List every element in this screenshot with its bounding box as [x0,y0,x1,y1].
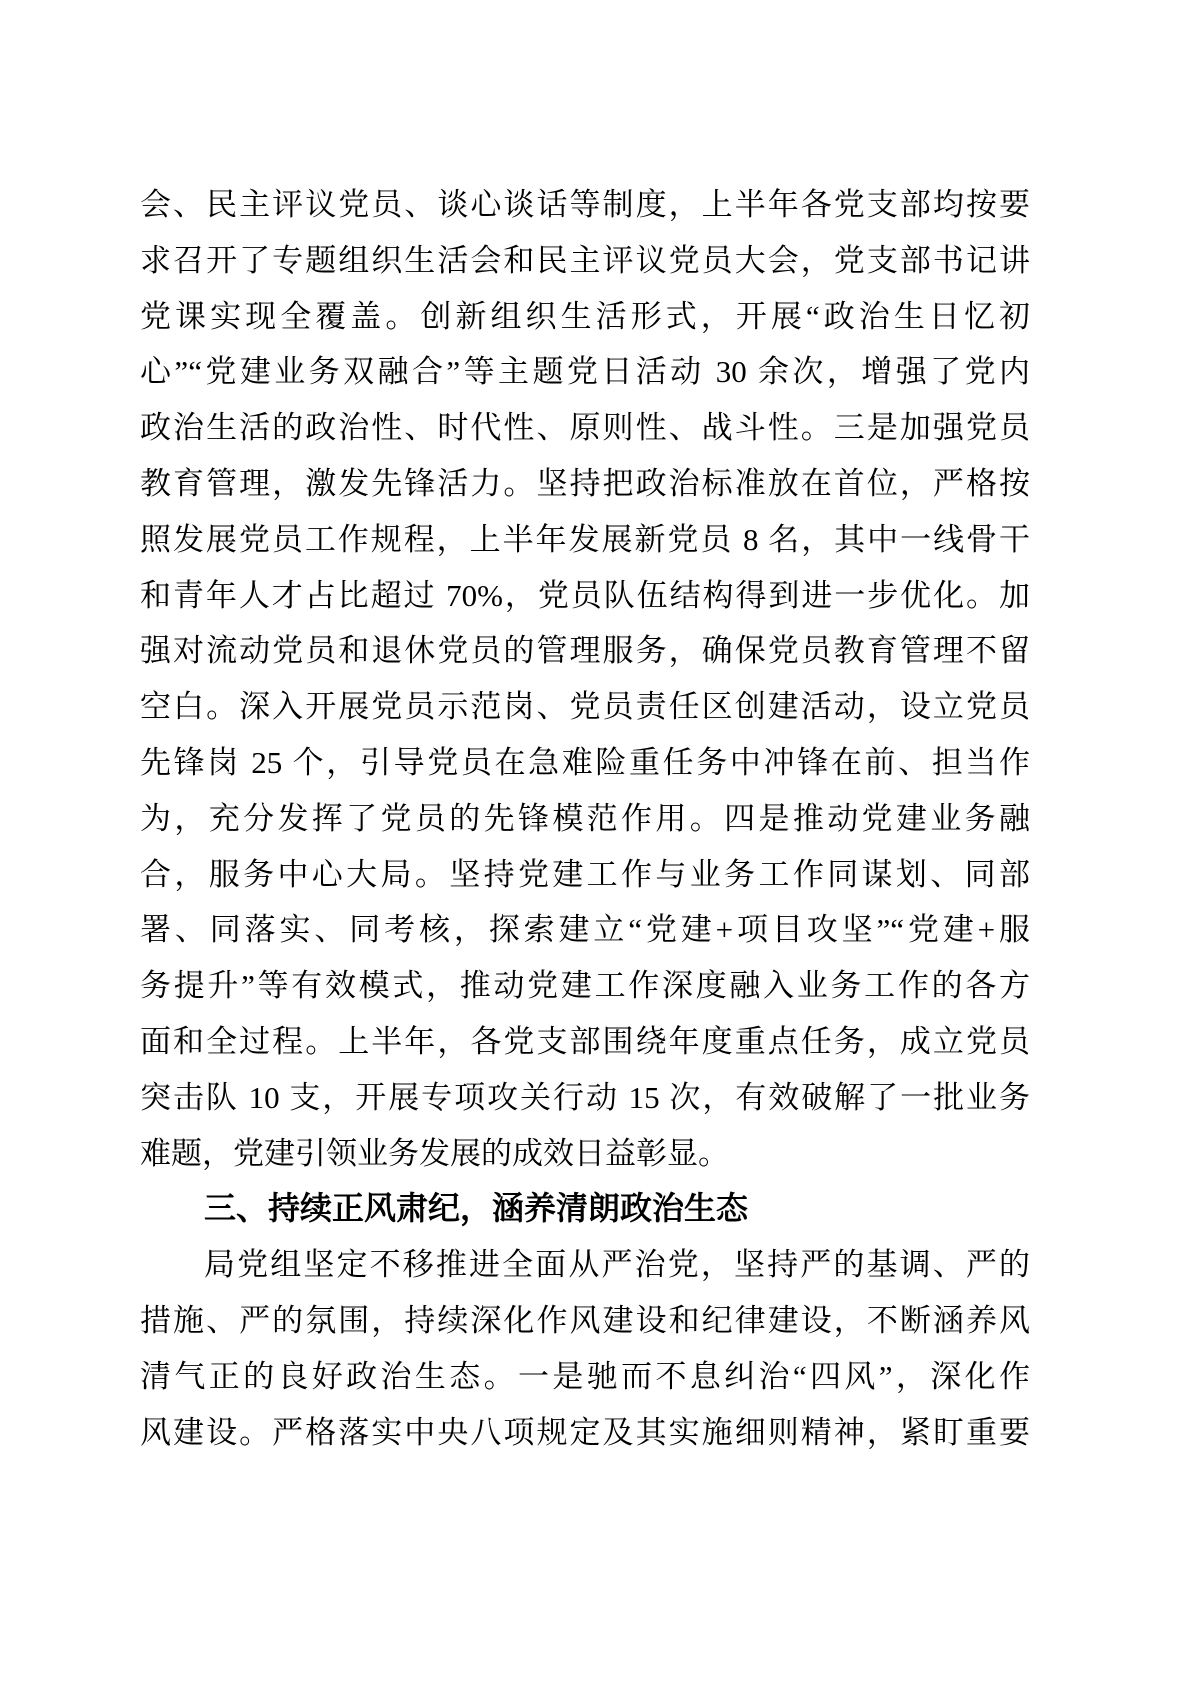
text-line: 先锋岗 25 个，引导党员在急难险重任务中冲锋在前、担当作 [140,735,1030,791]
text-line: 务提升”等有效模式，推动党建工作深度融入业务工作的各方 [140,958,1030,1014]
text-line: 难题，党建引领业务发展的成效日益彰显。 [140,1126,1030,1182]
text-line: 清气正的良好政治生态。一是驰而不息纠治“四风”，深化作 [140,1349,1030,1405]
text-line: 教育管理，激发先锋活力。坚持把政治标准放在首位，严格按 [140,456,1030,512]
text-line: 强对流动党员和退休党员的管理服务，确保党员教育管理不留 [140,623,1030,679]
text-line: 会、民主评议党员、谈心谈话等制度，上半年各党支部均按要 [140,177,1030,233]
text-line: 合，服务中心大局。坚持党建工作与业务工作同谋划、同部 [140,847,1030,903]
text-line: 措施、严的氛围，持续深化作风建设和纪律建设，不断涵养风 [140,1293,1030,1349]
text-line: 政治生活的政治性、时代性、原则性、战斗性。三是加强党员 [140,400,1030,456]
text-line: 空白。深入开展党员示范岗、党员责任区创建活动，设立党员 [140,679,1030,735]
text-line: 风建设。严格落实中央八项规定及其实施细则精神，紧盯重要 [140,1405,1030,1461]
text-line: 署、同落实、同考核，探索建立“党建+项目攻坚”“党建+服 [140,902,1030,958]
document-body: 会、民主评议党员、谈心谈话等制度，上半年各党支部均按要求召开了专题组织生活会和民… [140,177,1030,1460]
section-heading: 三、持续正风肃纪，涵养清朗政治生态 [140,1181,1030,1237]
text-line: 为，充分发挥了党员的先锋模范作用。四是推动党建业务融 [140,791,1030,847]
text-line: 面和全过程。上半年，各党支部围绕年度重点任务，成立党员 [140,1014,1030,1070]
document-page: 会、民主评议党员、谈心谈话等制度，上半年各党支部均按要求召开了专题组织生活会和民… [0,0,1190,1683]
text-line: 和青年人才占比超过 70%，党员队伍结构得到进一步优化。加 [140,568,1030,624]
text-line: 局党组坚定不移推进全面从严治党，坚持严的基调、严的 [140,1237,1030,1293]
text-line: 党课实现全覆盖。创新组织生活形式，开展“政治生日忆初 [140,289,1030,345]
text-line: 求召开了专题组织生活会和民主评议党员大会，党支部书记讲 [140,233,1030,289]
text-line: 照发展党员工作规程，上半年发展新党员 8 名，其中一线骨干 [140,512,1030,568]
text-line: 心”“党建业务双融合”等主题党日活动 30 余次，增强了党内 [140,344,1030,400]
text-line: 突击队 10 支，开展专项攻关行动 15 次，有效破解了一批业务 [140,1070,1030,1126]
